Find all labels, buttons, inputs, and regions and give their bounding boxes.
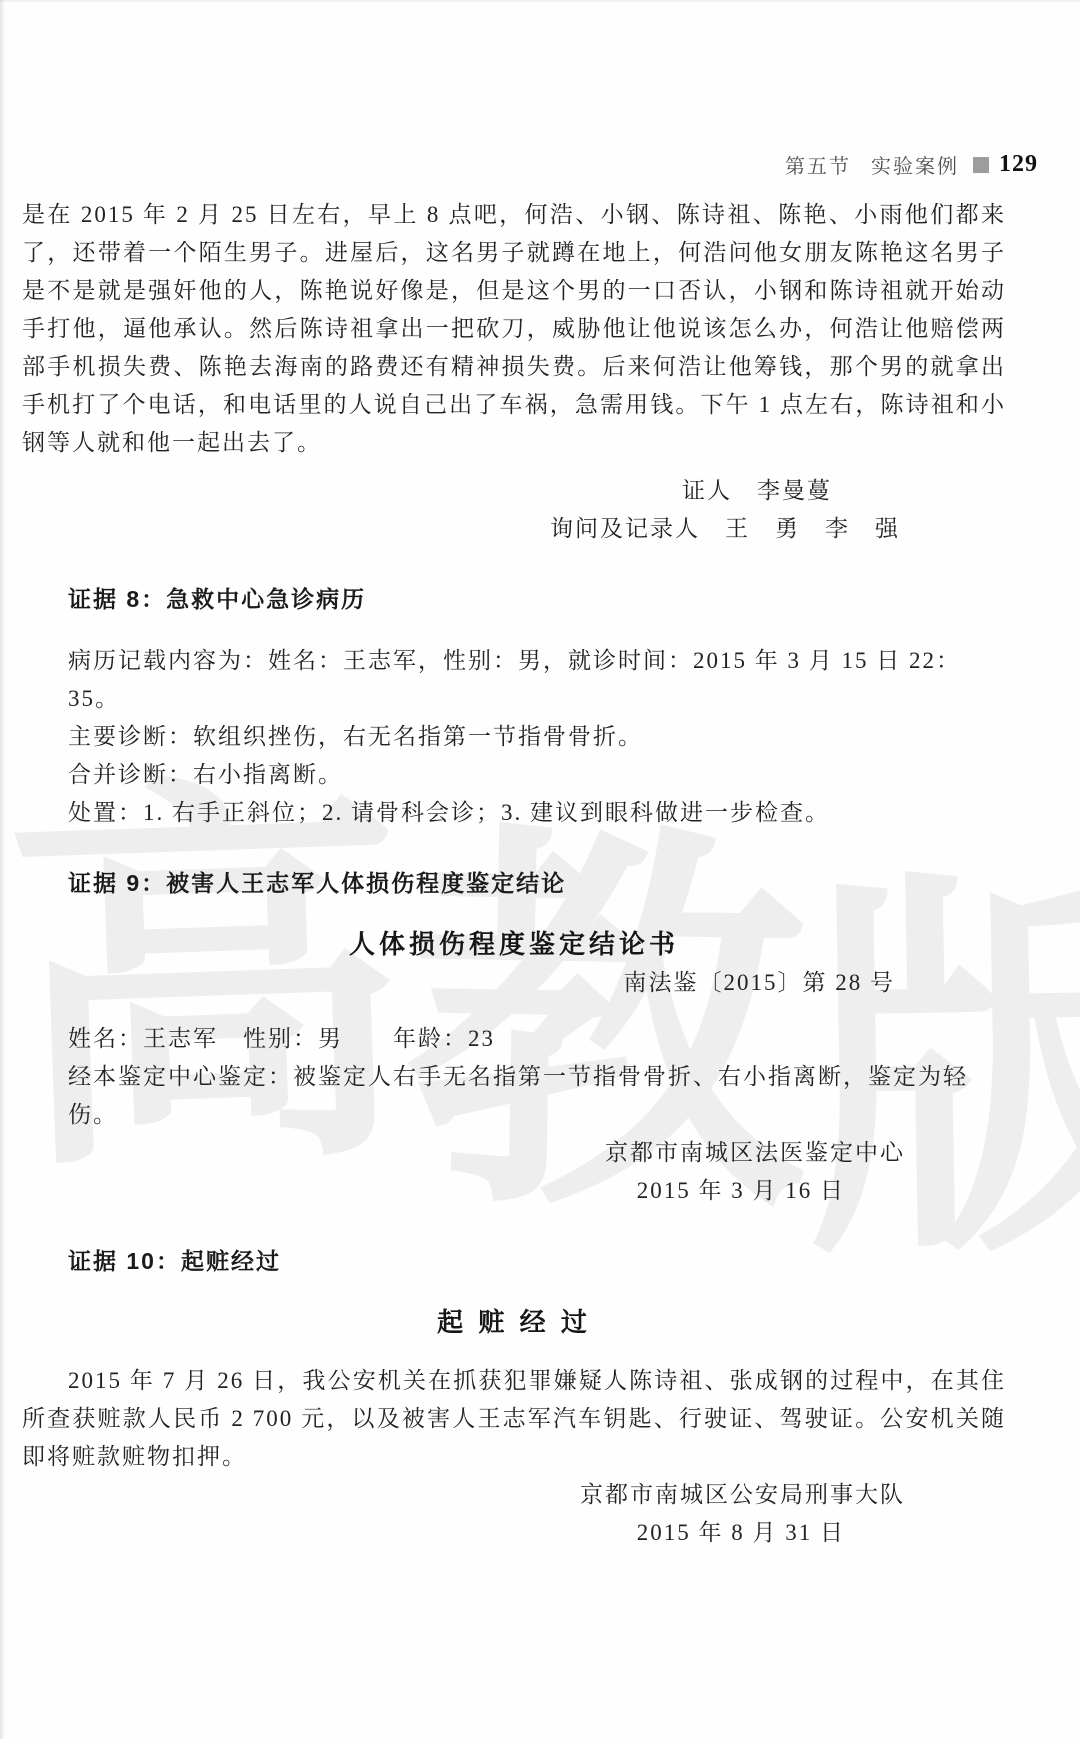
recovery-org: 京都市南城区公安局刑事大队: [22, 1476, 1006, 1514]
document-page: 高 教 版 第五节 实验案例 129 是在 2015 年 2 月 25 日左右，…: [0, 0, 1080, 1739]
evidence10-heading: 证据 10：起赃经过: [22, 1242, 1006, 1280]
recovery-body-paragraph: 2015 年 7 月 26 日，我公安机关在抓获犯罪嫌疑人陈诗祖、张成钢的过程中…: [22, 1362, 1006, 1476]
evidence9-heading: 证据 9：被害人王志军人体损伤程度鉴定结论: [22, 864, 1006, 902]
medical-record-line: 合并诊断：右小指离断。: [22, 756, 1006, 794]
recovery-date: 2015 年 8 月 31 日: [22, 1514, 1006, 1552]
appraisal-date: 2015 年 3 月 16 日: [22, 1172, 1006, 1210]
appraisal-name-line: 姓名：王志军 性别：男 年龄：23: [22, 1020, 1006, 1058]
evidence8-heading: 证据 8：急救中心急诊病历: [22, 580, 1006, 618]
medical-record-block: 病历记载内容为：姓名：王志军，性别：男，就诊时间：2015 年 3 月 15 日…: [22, 642, 1006, 832]
witness-signature: 证人 李曼蔓: [22, 472, 1006, 510]
recorder-signature: 询问及记录人 王 勇 李 强: [22, 510, 1006, 548]
medical-record-line: 处置：1. 右手正斜位；2. 请骨科会诊；3. 建议到眼科做进一步检查。: [22, 794, 1006, 832]
testimony-paragraph: 是在 2015 年 2 月 25 日左右，早上 8 点吧，何浩、小钢、陈诗祖、陈…: [22, 196, 1006, 462]
appraisal-org: 京都市南城区法医鉴定中心: [22, 1134, 1006, 1172]
appraisal-doc-number: 南法鉴〔2015〕第 28 号: [22, 964, 1006, 1002]
page-content: 是在 2015 年 2 月 25 日左右，早上 8 点吧，何浩、小钢、陈诗祖、陈…: [22, 0, 1006, 1552]
appraisal-conclusion-line: 经本鉴定中心鉴定：被鉴定人右手无名指第一节指骨骨折、右小指离断，鉴定为轻伤。: [22, 1058, 1006, 1134]
appraisal-doc-title: 人体损伤程度鉴定结论书: [22, 924, 1006, 964]
recovery-doc-title: 起 赃 经 过: [22, 1302, 1006, 1342]
medical-record-line: 病历记载内容为：姓名：王志军，性别：男，就诊时间：2015 年 3 月 15 日…: [22, 642, 1006, 718]
medical-record-line: 主要诊断：软组织挫伤，右无名指第一节指骨骨折。: [22, 718, 1006, 756]
